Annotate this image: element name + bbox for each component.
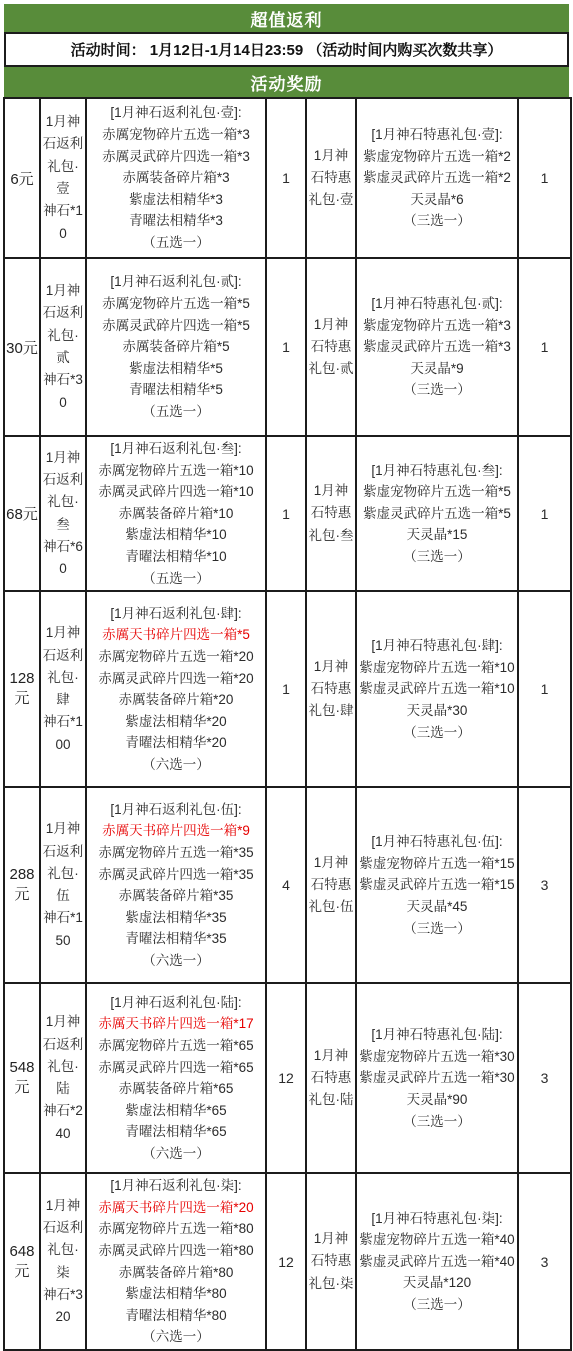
reward-item-line: [1月神石返利礼包·贰]: bbox=[88, 271, 264, 293]
reward-item-line: 赤厲宠物碎片五选一箱*5 bbox=[88, 293, 264, 315]
special-pack-items-cell: [1月神石特惠礼包·叁]:紫虚宠物碎片五选一箱*5紫虚灵武碎片五选一箱*5天灵晶… bbox=[356, 436, 518, 591]
reward-item-line: [1月神石返利礼包·叁]: bbox=[88, 438, 264, 460]
reward-item-line: 赤厲装备碎片箱*20 bbox=[88, 689, 264, 711]
special-pack-name-cell: 1月神石特惠礼包·伍 bbox=[306, 787, 356, 983]
price-cell: 128元 bbox=[4, 591, 40, 787]
rebate-count-cell: 12 bbox=[266, 983, 306, 1173]
reward-item-line: 天灵晶*45 bbox=[358, 896, 516, 918]
reward-item-line: 紫虚宠物碎片五选一箱*30 bbox=[358, 1046, 516, 1068]
rebate-pack-name-cell: 1月神石返利礼包·伍 神石*150 bbox=[40, 787, 86, 983]
reward-item-line: 赤厲装备碎片箱*10 bbox=[88, 503, 264, 525]
rebate-pack-name-cell: 1月神石返利礼包·叁 神石*60 bbox=[40, 436, 86, 591]
reward-item-line: 赤厲天书碎片四选一箱*5 bbox=[88, 624, 264, 646]
reward-item-line: （五选一） bbox=[88, 232, 264, 254]
rebate-pack-items-cell: [1月神石返利礼包·伍]:赤厲天书碎片四选一箱*9赤厲宠物碎片五选一箱*35赤厲… bbox=[86, 787, 266, 983]
reward-item-line: 紫虚宠物碎片五选一箱*40 bbox=[358, 1229, 516, 1251]
promo-page: 超值返利 活动时间： 1月12日-1月14日23:59 （活动时间内购买次数共享… bbox=[0, 0, 573, 1351]
special-pack-items-cell: [1月神石特惠礼包·伍]:紫虚宠物碎片五选一箱*15紫虚灵武碎片五选一箱*15天… bbox=[356, 787, 518, 983]
reward-item-line: 赤厲灵武碎片四选一箱*35 bbox=[88, 864, 264, 886]
reward-item-line: [1月神石特惠礼包·壹]: bbox=[358, 124, 516, 146]
page-title: 超值返利 bbox=[4, 4, 569, 32]
reward-item-line: [1月神石返利礼包·陆]: bbox=[88, 992, 264, 1014]
rebate-pack-items-cell: [1月神石返利礼包·柒]:赤厲天书碎片四选一箱*20赤厲宠物碎片五选一箱*80赤… bbox=[86, 1173, 266, 1350]
reward-item-line: （六选一） bbox=[88, 950, 264, 972]
reward-item-line: [1月神石特惠礼包·贰]: bbox=[358, 293, 516, 315]
reward-item-line: 紫虚灵武碎片五选一箱*30 bbox=[358, 1067, 516, 1089]
rebate-count-cell: 1 bbox=[266, 98, 306, 258]
reward-item-line: 赤厲灵武碎片四选一箱*20 bbox=[88, 668, 264, 690]
reward-item-line: （六选一） bbox=[88, 754, 264, 776]
reward-item-line: 天灵晶*90 bbox=[358, 1089, 516, 1111]
reward-item-line: [1月神石特惠礼包·叁]: bbox=[358, 460, 516, 482]
special-count-cell: 3 bbox=[518, 787, 571, 983]
reward-item-line: [1月神石特惠礼包·肆]: bbox=[358, 635, 516, 657]
reward-item-line: （三选一） bbox=[358, 918, 516, 940]
reward-item-line: 赤厲宠物碎片五选一箱*20 bbox=[88, 646, 264, 668]
table-row: 68元1月神石返利礼包·叁 神石*60[1月神石返利礼包·叁]:赤厲宠物碎片五选… bbox=[4, 436, 571, 591]
reward-item-line: 青曜法相精华*3 bbox=[88, 210, 264, 232]
rebate-pack-name-cell: 1月神石返利礼包·壹 神石*10 bbox=[40, 98, 86, 258]
reward-item-line: 紫虚宠物碎片五选一箱*10 bbox=[358, 657, 516, 679]
rebate-count-cell: 1 bbox=[266, 436, 306, 591]
reward-item-line: 天灵晶*120 bbox=[358, 1272, 516, 1294]
reward-item-line: （六选一） bbox=[88, 1326, 264, 1348]
special-pack-items-cell: [1月神石特惠礼包·柒]:紫虚宠物碎片五选一箱*40紫虚灵武碎片五选一箱*40天… bbox=[356, 1173, 518, 1350]
reward-item-line: 赤厲天书碎片四选一箱*17 bbox=[88, 1013, 264, 1035]
reward-item-line: （六选一） bbox=[88, 1143, 264, 1165]
reward-item-line: [1月神石特惠礼包·柒]: bbox=[358, 1208, 516, 1230]
rebate-pack-name-cell: 1月神石返利礼包·陆 神石*240 bbox=[40, 983, 86, 1173]
reward-item-line: 紫虚宠物碎片五选一箱*3 bbox=[358, 315, 516, 337]
reward-item-line: 天灵晶*6 bbox=[358, 189, 516, 211]
reward-item-line: 紫虚宠物碎片五选一箱*15 bbox=[358, 853, 516, 875]
special-count-cell: 1 bbox=[518, 98, 571, 258]
reward-item-line: 青曜法相精华*65 bbox=[88, 1121, 264, 1143]
reward-item-line: 天灵晶*9 bbox=[358, 358, 516, 380]
price-cell: 6元 bbox=[4, 98, 40, 258]
reward-item-line: 紫虚宠物碎片五选一箱*2 bbox=[358, 146, 516, 168]
reward-item-line: （三选一） bbox=[358, 210, 516, 232]
reward-item-line: 赤厲宠物碎片五选一箱*3 bbox=[88, 124, 264, 146]
reward-item-line: 赤厲宠物碎片五选一箱*65 bbox=[88, 1035, 264, 1057]
reward-item-line: 紫虚灵武碎片五选一箱*40 bbox=[358, 1251, 516, 1273]
reward-item-line: 紫虚灵武碎片五选一箱*10 bbox=[358, 678, 516, 700]
table-row: 30元1月神石返利礼包·贰 神石*30[1月神石返利礼包·贰]:赤厲宠物碎片五选… bbox=[4, 258, 571, 436]
reward-item-line: [1月神石返利礼包·柒]: bbox=[88, 1175, 264, 1197]
reward-item-line: 青曜法相精华*20 bbox=[88, 732, 264, 754]
reward-item-line: 赤厲天书碎片四选一箱*9 bbox=[88, 820, 264, 842]
reward-item-line: 赤厲灵武碎片四选一箱*5 bbox=[88, 315, 264, 337]
reward-item-line: （三选一） bbox=[358, 379, 516, 401]
special-pack-items-cell: [1月神石特惠礼包·贰]:紫虚宠物碎片五选一箱*3紫虚灵武碎片五选一箱*3天灵晶… bbox=[356, 258, 518, 436]
rebate-count-cell: 4 bbox=[266, 787, 306, 983]
reward-item-line: （三选一） bbox=[358, 722, 516, 744]
event-time-bar: 活动时间： 1月12日-1月14日23:59 （活动时间内购买次数共享） bbox=[4, 32, 569, 67]
reward-item-line: 紫虚灵武碎片五选一箱*2 bbox=[358, 167, 516, 189]
reward-item-line: 紫虚法相精华*10 bbox=[88, 524, 264, 546]
rewards-section-title: 活动奖励 bbox=[4, 67, 569, 97]
reward-item-line: 赤厲装备碎片箱*80 bbox=[88, 1262, 264, 1284]
rebate-pack-name-cell: 1月神石返利礼包·柒 神石*320 bbox=[40, 1173, 86, 1350]
rebate-pack-items-cell: [1月神石返利礼包·叁]:赤厲宠物碎片五选一箱*10赤厲灵武碎片四选一箱*10赤… bbox=[86, 436, 266, 591]
rebate-pack-items-cell: [1月神石返利礼包·肆]:赤厲天书碎片四选一箱*5赤厲宠物碎片五选一箱*20赤厲… bbox=[86, 591, 266, 787]
special-pack-name-cell: 1月神石特惠礼包·陆 bbox=[306, 983, 356, 1173]
price-cell: 30元 bbox=[4, 258, 40, 436]
reward-item-line: [1月神石特惠礼包·陆]: bbox=[358, 1024, 516, 1046]
reward-item-line: [1月神石特惠礼包·伍]: bbox=[358, 831, 516, 853]
special-pack-name-cell: 1月神石特惠礼包·柒 bbox=[306, 1173, 356, 1350]
reward-item-line: 赤厲天书碎片四选一箱*20 bbox=[88, 1197, 264, 1219]
reward-item-line: 赤厲灵武碎片四选一箱*3 bbox=[88, 146, 264, 168]
reward-item-line: （三选一） bbox=[358, 1294, 516, 1316]
reward-item-line: 赤厲宠物碎片五选一箱*80 bbox=[88, 1218, 264, 1240]
reward-item-line: 紫虚法相精华*35 bbox=[88, 907, 264, 929]
reward-item-line: 紫虚宠物碎片五选一箱*5 bbox=[358, 481, 516, 503]
special-count-cell: 1 bbox=[518, 258, 571, 436]
reward-item-line: （三选一） bbox=[358, 1111, 516, 1133]
rebate-pack-name-cell: 1月神石返利礼包·肆 神石*100 bbox=[40, 591, 86, 787]
reward-item-line: 紫虚灵武碎片五选一箱*15 bbox=[358, 874, 516, 896]
reward-item-line: 青曜法相精华*10 bbox=[88, 546, 264, 568]
reward-item-line: 天灵晶*15 bbox=[358, 524, 516, 546]
rewards-table: 6元1月神石返利礼包·壹 神石*10[1月神石返利礼包·壹]:赤厲宠物碎片五选一… bbox=[3, 97, 572, 1351]
reward-item-line: （五选一） bbox=[88, 401, 264, 423]
reward-item-line: 赤厲宠物碎片五选一箱*10 bbox=[88, 460, 264, 482]
table-row: 288元1月神石返利礼包·伍 神石*150[1月神石返利礼包·伍]:赤厲天书碎片… bbox=[4, 787, 571, 983]
special-count-cell: 3 bbox=[518, 1173, 571, 1350]
reward-item-line: 紫虚法相精华*5 bbox=[88, 358, 264, 380]
reward-item-line: （五选一） bbox=[88, 568, 264, 590]
reward-item-line: 赤厲装备碎片箱*65 bbox=[88, 1078, 264, 1100]
special-pack-items-cell: [1月神石特惠礼包·壹]:紫虚宠物碎片五选一箱*2紫虚灵武碎片五选一箱*2天灵晶… bbox=[356, 98, 518, 258]
reward-item-line: 紫虚灵武碎片五选一箱*3 bbox=[358, 336, 516, 358]
reward-item-line: 紫虚法相精华*80 bbox=[88, 1283, 264, 1305]
special-count-cell: 1 bbox=[518, 436, 571, 591]
reward-item-line: [1月神石返利礼包·伍]: bbox=[88, 799, 264, 821]
reward-item-line: 赤厲装备碎片箱*3 bbox=[88, 167, 264, 189]
reward-item-line: 赤厲灵武碎片四选一箱*65 bbox=[88, 1057, 264, 1079]
special-pack-name-cell: 1月神石特惠礼包·叁 bbox=[306, 436, 356, 591]
table-row: 648元1月神石返利礼包·柒 神石*320[1月神石返利礼包·柒]:赤厲天书碎片… bbox=[4, 1173, 571, 1350]
price-cell: 648元 bbox=[4, 1173, 40, 1350]
reward-item-line: [1月神石返利礼包·肆]: bbox=[88, 603, 264, 625]
reward-item-line: 赤厲装备碎片箱*5 bbox=[88, 336, 264, 358]
reward-item-line: （三选一） bbox=[358, 546, 516, 568]
special-count-cell: 3 bbox=[518, 983, 571, 1173]
price-cell: 288元 bbox=[4, 787, 40, 983]
reward-item-line: 青曜法相精华*35 bbox=[88, 928, 264, 950]
reward-item-line: 紫虚灵武碎片五选一箱*5 bbox=[358, 503, 516, 525]
reward-item-line: 青曜法相精华*80 bbox=[88, 1305, 264, 1327]
special-pack-name-cell: 1月神石特惠礼包·壹 bbox=[306, 98, 356, 258]
special-pack-items-cell: [1月神石特惠礼包·陆]:紫虚宠物碎片五选一箱*30紫虚灵武碎片五选一箱*30天… bbox=[356, 983, 518, 1173]
rebate-pack-items-cell: [1月神石返利礼包·陆]:赤厲天书碎片四选一箱*17赤厲宠物碎片五选一箱*65赤… bbox=[86, 983, 266, 1173]
reward-item-line: 紫虚法相精华*65 bbox=[88, 1100, 264, 1122]
special-pack-name-cell: 1月神石特惠礼包·肆 bbox=[306, 591, 356, 787]
reward-item-line: 紫虚法相精华*20 bbox=[88, 711, 264, 733]
rebate-count-cell: 1 bbox=[266, 258, 306, 436]
reward-item-line: [1月神石返利礼包·壹]: bbox=[88, 102, 264, 124]
rebate-pack-items-cell: [1月神石返利礼包·贰]:赤厲宠物碎片五选一箱*5赤厲灵武碎片四选一箱*5赤厲装… bbox=[86, 258, 266, 436]
special-pack-items-cell: [1月神石特惠礼包·肆]:紫虚宠物碎片五选一箱*10紫虚灵武碎片五选一箱*10天… bbox=[356, 591, 518, 787]
table-row: 548元1月神石返利礼包·陆 神石*240[1月神石返利礼包·陆]:赤厲天书碎片… bbox=[4, 983, 571, 1173]
special-pack-name-cell: 1月神石特惠礼包·贰 bbox=[306, 258, 356, 436]
reward-item-line: 赤厲宠物碎片五选一箱*35 bbox=[88, 842, 264, 864]
price-cell: 68元 bbox=[4, 436, 40, 591]
special-count-cell: 1 bbox=[518, 591, 571, 787]
reward-item-line: 赤厲装备碎片箱*35 bbox=[88, 885, 264, 907]
rebate-count-cell: 12 bbox=[266, 1173, 306, 1350]
rebate-pack-name-cell: 1月神石返利礼包·贰 神石*30 bbox=[40, 258, 86, 436]
reward-item-line: 天灵晶*30 bbox=[358, 700, 516, 722]
reward-item-line: 青曜法相精华*5 bbox=[88, 379, 264, 401]
table-row: 128元1月神石返利礼包·肆 神石*100[1月神石返利礼包·肆]:赤厲天书碎片… bbox=[4, 591, 571, 787]
rebate-pack-items-cell: [1月神石返利礼包·壹]:赤厲宠物碎片五选一箱*3赤厲灵武碎片四选一箱*3赤厲装… bbox=[86, 98, 266, 258]
reward-item-line: 紫虚法相精华*3 bbox=[88, 189, 264, 211]
rebate-count-cell: 1 bbox=[266, 591, 306, 787]
reward-item-line: 赤厲灵武碎片四选一箱*10 bbox=[88, 481, 264, 503]
rewards-table-body: 6元1月神石返利礼包·壹 神石*10[1月神石返利礼包·壹]:赤厲宠物碎片五选一… bbox=[4, 98, 571, 1350]
reward-item-line: 赤厲灵武碎片四选一箱*80 bbox=[88, 1240, 264, 1262]
price-cell: 548元 bbox=[4, 983, 40, 1173]
table-row: 6元1月神石返利礼包·壹 神石*10[1月神石返利礼包·壹]:赤厲宠物碎片五选一… bbox=[4, 98, 571, 258]
